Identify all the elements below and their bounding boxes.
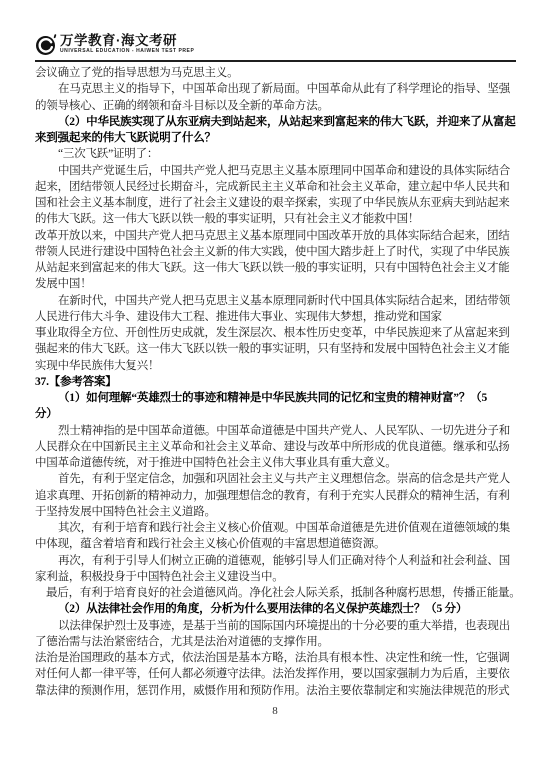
text-line: （2）中华民族实现了从东亚病夫到站起来，从站起来到富起来的伟大飞跃，并迎来了从富… xyxy=(35,114,517,130)
text-line: 发展中国！ xyxy=(35,276,517,292)
text-line: 以法律保护烈士及事迹，是基于当前的国际国内环境提出的十分必要的重大举措，也表现出 xyxy=(35,618,517,634)
text-line: 实现中华民族伟大复兴！ xyxy=(35,358,517,374)
text-line: （1）如何理解“英雄烈士的事迹和精神是中华民族共同的记忆和宝贵的精神财富”？（5 xyxy=(35,390,517,406)
text-line: 中国共产党诞生后，中国共产党人把马克思主义基本原理同中国革命和建设的具体实际结合 xyxy=(35,163,517,179)
text-line: 首先，有利于坚定信念，加强和巩固社会主义与共产主义理想信念。崇高的信念是共产党人 xyxy=(35,471,517,487)
text-line: （2）从法律社会作用的角度，分析为什么要用法律的名义保护英雄烈士？（5 分） xyxy=(35,601,517,617)
text-line: 改革开放以来，中国共产党人把马克思主义基本原理同中国改革开放的具体实际结合起来，… xyxy=(35,228,517,244)
text-line: 国和社会主义基本制度，进行了社会主义建设的艰辛探索，实现了中华民族从东亚病夫到站… xyxy=(35,195,517,211)
text-line: 家利益，积极投身于中国特色社会主义建设当中。 xyxy=(35,569,517,585)
haiwen-logo-icon xyxy=(35,33,57,57)
text-line: 于坚持发展中国特色社会主义道路。 xyxy=(35,504,517,520)
document-body: 会议确立了党的指导思想为马克思主义。在马克思主义的指导下，中国革命出现了新局面。… xyxy=(35,65,517,699)
text-line: 人民群众在中国新民主主义革命和社会主义革命、建设与改革中所形成的优良道德。继承和… xyxy=(35,439,517,455)
text-line: 在新时代，中国共产党人把马克思主义基本原理同新时代中国具体实际结合起来，团结带领 xyxy=(35,293,517,309)
logo-title: 万学教育·海文考研 xyxy=(60,33,194,48)
text-line: 的伟大飞跃。这一伟大飞跃以铁一般的事实证明，只有社会主义才能救中国！ xyxy=(35,211,517,227)
text-line: 事业取得全方位、开创性历史成就，发生深层次、根本性历史变革，中华民族迎来了从富起… xyxy=(35,325,517,341)
text-line: 分） xyxy=(35,406,517,422)
text-line: 最后，有利于培育良好的社会道德风尚。净化社会人际关系，抵制各种腐朽思想，传播正能… xyxy=(35,585,517,601)
logo-text-block: 万学教育·海文考研 UNIVERSAL EDUCATION - HAIWEN T… xyxy=(60,33,194,54)
text-line: 会议确立了党的指导思想为马克思主义。 xyxy=(35,65,517,81)
text-line: 37.【参考答案】 xyxy=(35,374,517,390)
text-line: 中体现，蕴含着培育和践行社会主义核心价值观的丰富思想道德资源。 xyxy=(35,536,517,552)
text-line: 人民进行伟大斗争、建设伟大工程、推进伟大事业、实现伟大梦想，推动党和国家 xyxy=(35,309,517,325)
text-line: 对任何人都一律平等，任何人都必须遵守法律。法治发挥作用，要以国家强制力为后盾，主… xyxy=(35,666,517,682)
text-line: 从站起来到富起来的伟大飞跃。这一伟大飞跃以铁一般的事实证明，只有中国特色社会主义… xyxy=(35,260,517,276)
text-line: “三次飞跃”证明了： xyxy=(35,146,517,162)
text-line: 的领导核心、正确的纲领和奋斗目标以及全新的革命方法。 xyxy=(35,98,517,114)
text-line: 其次，有利于培育和践行社会主义核心价值观。中国革命道德是先进价值观在道德领域的集 xyxy=(35,520,517,536)
text-line: 追求真理、开拓创新的精神动力，加强理想信念的教育，有利于充实人民群众的精神生活，… xyxy=(35,488,517,504)
page-number: 8 xyxy=(0,705,550,717)
text-line: 在马克思主义的指导下，中国革命出现了新局面。中国革命从此有了科学理论的指导、坚强 xyxy=(35,81,517,97)
text-line: 来到强起来的伟大飞跃说明了什么？ xyxy=(35,130,517,146)
text-line: 烈士精神指的是中国革命道德。中国革命道德是中国共产党人、人民军队、一切先进分子和 xyxy=(35,423,517,439)
logo-tagline: UNIVERSAL EDUCATION - HAIWEN TEST PREP xyxy=(60,48,194,54)
header-rule xyxy=(35,60,516,62)
text-line: 了德治需与法治紧密结合，尤其是法治对道德的支撑作用。 xyxy=(35,634,517,650)
text-line: 强起来的伟大飞跃。这一伟大飞跃以铁一般的事实证明，只有坚持和发展中国特色社会主义… xyxy=(35,341,517,357)
text-line: 法治是治国理政的基本方式，依法治国是基本方略，法治具有根本性、决定性和统一性，它… xyxy=(35,650,517,666)
text-line: 再次，有利于引导人们树立正确的道德观，能够引导人们正确对待个人利益和社会利益、国 xyxy=(35,553,517,569)
text-line: 起来，团结带领人民经过长期奋斗，完成新民主主义革命和社会主义革命，建立起中华人民… xyxy=(35,179,517,195)
header: 万学教育·海文考研 UNIVERSAL EDUCATION - HAIWEN T… xyxy=(35,33,194,57)
text-line: 靠法律的预测作用，惩罚作用，威慑作用和预防作用。法治主要依靠制定和实施法律规范的… xyxy=(35,683,517,699)
text-line: 中国革命道德传统，对于推进中国特色社会主义伟大事业具有重大意义。 xyxy=(35,455,517,471)
text-line: 带领人民进行建设中国特色社会主义新的伟大实践，使中国大踏步赶上了时代，实现了中华… xyxy=(35,244,517,260)
